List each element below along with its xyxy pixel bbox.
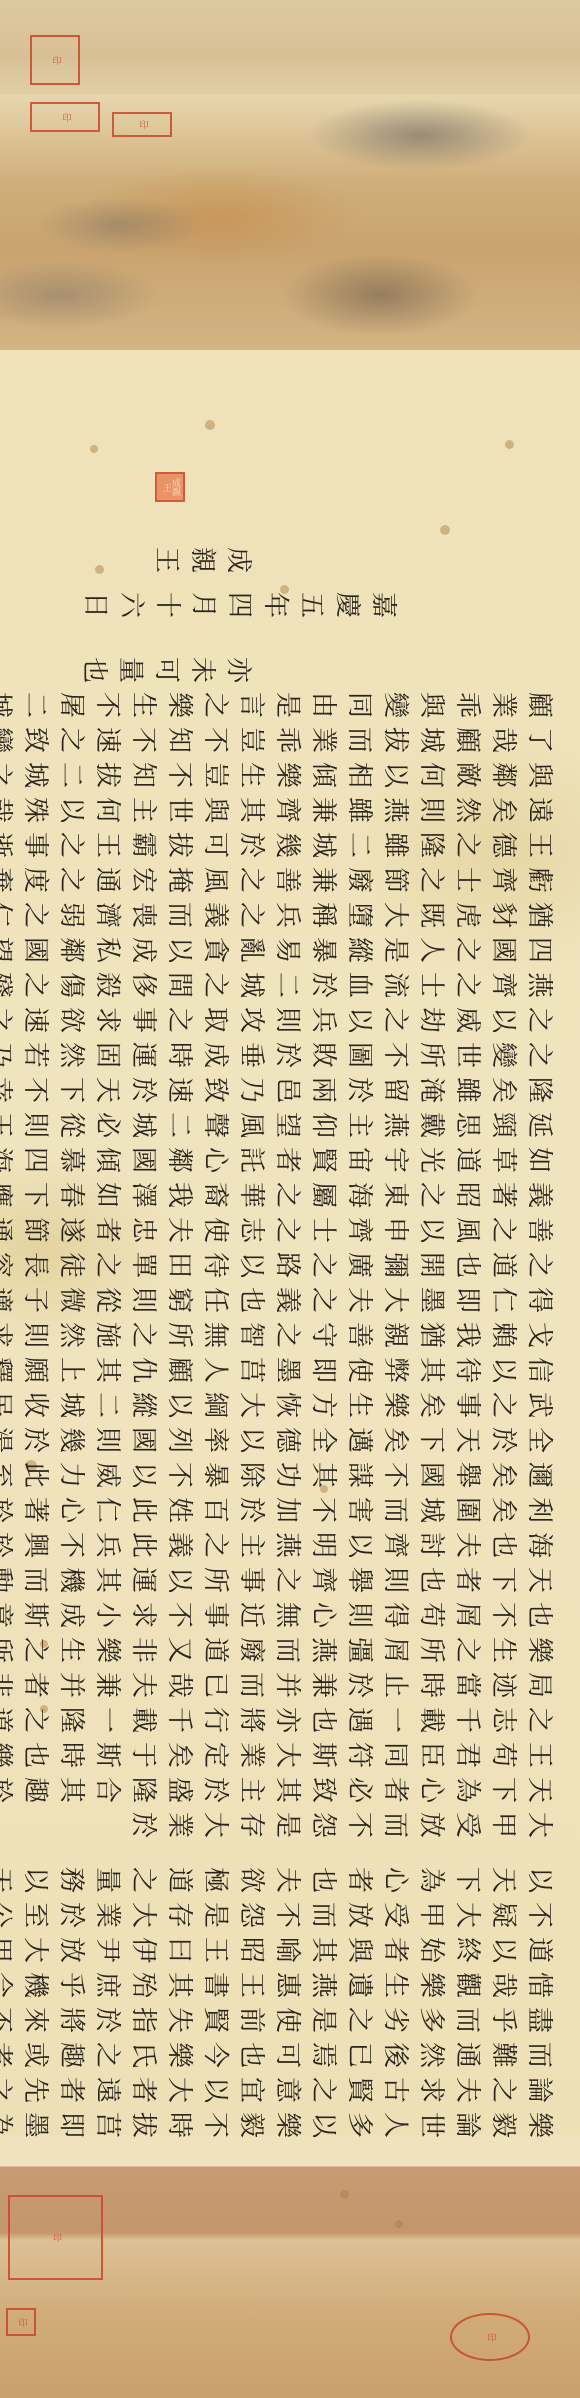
character: 放 — [56, 1933, 86, 1967]
character: 所 — [416, 1038, 446, 1072]
character: 謀 — [344, 1458, 374, 1492]
character: 變 — [488, 1038, 518, 1072]
character: 舉 — [344, 1563, 374, 1597]
character: 一 — [92, 1703, 122, 1737]
character: 二 — [272, 968, 302, 1002]
character: 縱 — [128, 1388, 158, 1422]
character: 以 — [488, 1933, 518, 1967]
character: 下 — [20, 1178, 50, 1212]
character: 主 — [236, 1773, 266, 1807]
calligraphy-column: 樂生之所屑彊燕而廢道又非樂生之所求 — [0, 1635, 556, 1665]
character: 者 — [92, 1213, 122, 1247]
character: 得 — [524, 1283, 554, 1317]
character: 而 — [524, 2038, 554, 2072]
character: 樂 — [272, 758, 302, 792]
character: 以 — [344, 1003, 374, 1037]
character: 然 — [416, 2038, 446, 2072]
character: 國 — [20, 933, 50, 967]
character: 生 — [128, 688, 158, 722]
character: 屠 — [56, 688, 86, 722]
character: 然 — [452, 793, 482, 827]
character: 意 — [0, 1598, 14, 1632]
character: 義 — [200, 898, 230, 932]
calligraphy-column: 盡乎而多劣之是使前賢失指於將來不亦 — [0, 2005, 556, 2035]
character: 適 — [0, 1283, 14, 1317]
character: 大 — [236, 1388, 266, 1422]
character: 事 — [452, 1388, 482, 1422]
character: 量 — [115, 653, 145, 687]
character: 六 — [116, 588, 146, 622]
character: 大 — [380, 1283, 410, 1317]
calligraphy-column: 之以威劫之以兵則攻取之事求欲速之功使 — [0, 1005, 556, 1035]
seal-damaged-rect-1: 印 — [30, 102, 100, 132]
character: 者 — [128, 2073, 158, 2107]
character: 大 — [272, 1738, 302, 1772]
character: 之 — [272, 1178, 302, 1212]
character: 容 — [0, 1248, 14, 1282]
character: 其 — [308, 1458, 338, 1492]
character: 斯 — [92, 1738, 122, 1772]
character: 墨 — [272, 1353, 302, 1387]
calligraphy-column: 道以終始者與其喻昭王曰伊尹放大甲而 — [0, 1935, 556, 1965]
character: 天 — [488, 1863, 518, 1897]
character: 昭 — [452, 1178, 482, 1212]
calligraphy-column: 邇矣舉國不謀其功除暴不以威力此至德 — [0, 1460, 556, 1490]
character: 以 — [236, 1423, 266, 1457]
seal-text: 印 — [17, 2318, 26, 2327]
character: 矣 — [488, 1458, 518, 1492]
character: 討 — [416, 1528, 446, 1562]
character: 由 — [308, 688, 338, 722]
character: 之 — [524, 1703, 554, 1737]
character: 著 — [20, 1493, 50, 1527]
character: 慕 — [56, 1143, 86, 1177]
character: 生 — [344, 1388, 374, 1422]
character: 怨 — [236, 1898, 266, 1932]
foxing-spot — [395, 2220, 403, 2228]
character: 道 — [524, 1933, 554, 1967]
character: 生 — [236, 758, 266, 792]
character: 定 — [200, 1738, 230, 1772]
calligraphy-column: 亦未可量也 — [77, 655, 255, 685]
character: 下 — [488, 1563, 518, 1597]
character: 釋 — [0, 1353, 14, 1387]
character: 百 — [200, 1493, 230, 1527]
character: 於 — [0, 1773, 14, 1807]
character: 侈 — [128, 968, 158, 1002]
character: 逝 — [0, 828, 14, 862]
character: 於 — [92, 2003, 122, 2037]
character: 之 — [20, 968, 50, 1002]
character: 夫 — [128, 1668, 158, 1702]
character: 利 — [524, 1493, 554, 1527]
seal-small-square-bottom: 印 — [6, 2308, 36, 2336]
calligraphy-column: 成親王 — [149, 545, 255, 575]
character: 而 — [380, 1808, 410, 1842]
character: 大 — [200, 1808, 230, 1842]
character: 夫 — [452, 1528, 482, 1562]
character: 時 — [164, 1038, 194, 1072]
character: 戈 — [524, 1318, 554, 1352]
character: 圍 — [452, 1493, 482, 1527]
character: 燕 — [380, 793, 410, 827]
character: 著 — [488, 1178, 518, 1212]
character: 意 — [272, 2073, 302, 2107]
character: 成 — [128, 933, 158, 967]
character: 與 — [344, 1933, 374, 1967]
character: 全 — [308, 1423, 338, 1457]
character: 也 — [308, 1703, 338, 1737]
character: 湯 — [0, 1423, 14, 1457]
character: 至 — [0, 1458, 14, 1492]
character: 者 — [20, 1668, 50, 1702]
character: 貪 — [200, 933, 230, 967]
calligraphy-column: 四國之人是縱暴易亂貪以成私鄰國望之其 — [0, 935, 556, 965]
character: 遠 — [524, 793, 554, 827]
character: 風 — [452, 1213, 482, 1247]
character: 之 — [0, 758, 14, 792]
character: 其 — [92, 1353, 122, 1387]
character: 乖 — [272, 723, 302, 757]
character: 先 — [20, 2073, 50, 2107]
calligraphy-column: 海也夫討齊以明燕主之義此兵不興於為 — [0, 1530, 556, 1560]
character: 不 — [56, 1528, 86, 1562]
character: 將 — [236, 1703, 266, 1737]
character: 窮 — [164, 1283, 194, 1317]
character: 者 — [56, 2073, 86, 2107]
character: 隆 — [524, 1073, 554, 1107]
character: 士 — [452, 863, 482, 897]
character: 城 — [0, 688, 14, 722]
character: 王 — [200, 1933, 230, 1967]
character: 其 — [416, 1353, 446, 1387]
foxing-spot — [440, 525, 450, 535]
character: 於 — [272, 1038, 302, 1072]
character: 生 — [488, 1633, 518, 1667]
character: 喪 — [128, 898, 158, 932]
character: 宜 — [236, 2073, 266, 2107]
character: 非 — [0, 1668, 14, 1702]
character: 觀 — [452, 1968, 482, 2002]
character: 遇 — [344, 1703, 374, 1737]
character: 燕 — [380, 1108, 410, 1142]
character: 者 — [272, 1143, 302, 1177]
character: 月 — [188, 588, 218, 622]
character: 心 — [416, 1773, 446, 1807]
character: 望 — [272, 1108, 302, 1142]
character: 兼 — [308, 863, 338, 897]
character: 忠 — [128, 1213, 158, 1247]
character: 聲 — [200, 1108, 230, 1142]
character: 齊 — [308, 1563, 338, 1597]
character: 我 — [164, 1178, 194, 1212]
character: 私 — [92, 933, 122, 967]
character: 於 — [236, 828, 266, 862]
character: 必 — [344, 1773, 374, 1807]
character: 得 — [380, 1598, 410, 1632]
character: 齊 — [272, 793, 302, 827]
character: 鄰 — [56, 933, 86, 967]
character: 人 — [380, 2108, 410, 2142]
character: 而 — [236, 1668, 266, 1702]
character: 隆 — [56, 1703, 86, 1737]
character: 城 — [236, 968, 266, 1002]
character: 取 — [200, 1003, 230, 1037]
character: 人 — [416, 933, 446, 967]
character: 也 — [79, 653, 109, 687]
character: 託 — [236, 1143, 266, 1177]
character: 之 — [92, 1248, 122, 1282]
calligraphy-column: 戈賴我猶親善守之智無所之施然則求仁 — [0, 1320, 556, 1350]
seal-large-square-bottom: 印 — [8, 2195, 103, 2280]
character: 兼 — [308, 1668, 338, 1702]
character: 夫 — [272, 1863, 302, 1897]
character: 主 — [128, 793, 158, 827]
character: 猶 — [524, 898, 554, 932]
character: 昭 — [236, 1933, 266, 1967]
character: 彌 — [380, 1248, 410, 1282]
character: 二 — [56, 758, 86, 792]
character: 之 — [20, 1633, 50, 1667]
character: 十 — [152, 588, 182, 622]
character: 指 — [128, 2003, 158, 2037]
character: 何 — [92, 793, 122, 827]
character: 善 — [344, 1318, 374, 1352]
character: 于 — [128, 1738, 158, 1772]
character: 莒 — [236, 1353, 266, 1387]
character: 弱 — [56, 898, 86, 932]
character: 戴 — [416, 1108, 446, 1142]
character: 之 — [236, 863, 266, 897]
character: 與 — [416, 688, 446, 722]
character: 二 — [92, 1388, 122, 1422]
character: 無 — [272, 1598, 302, 1632]
character: 之 — [0, 2073, 14, 2107]
character: 是 — [272, 688, 302, 722]
character: 疑 — [488, 1898, 518, 1932]
character: 行 — [200, 1703, 230, 1737]
character: 欲 — [236, 1863, 266, 1897]
character: 使 — [272, 2003, 302, 2037]
character: 五 — [296, 588, 326, 622]
character: 雖 — [344, 793, 374, 827]
character: 書 — [200, 1968, 230, 2002]
character: 心 — [308, 1598, 338, 1632]
character: 甲 — [488, 1808, 518, 1842]
character: 運 — [128, 1038, 158, 1072]
character: 威 — [452, 1003, 482, 1037]
character: 無 — [200, 1318, 230, 1352]
character: 加 — [272, 1493, 302, 1527]
character: 氏 — [128, 2038, 158, 2072]
character: 成 — [56, 1598, 86, 1632]
character: 王 — [92, 828, 122, 862]
calligraphy-column: 大甲受放而不怨是存大業於 — [126, 1810, 556, 1840]
character: 變 — [0, 723, 14, 757]
character: 士 — [308, 1213, 338, 1247]
calligraphy-column: 善之風以申齊士之志使夫忠者遂節通者 — [0, 1215, 556, 1245]
character: 傾 — [92, 1143, 122, 1177]
character: 也 — [416, 1563, 446, 1597]
character: 也 — [236, 1283, 266, 1317]
character: 時 — [416, 1668, 446, 1702]
character: 將 — [56, 2003, 86, 2037]
character: 也 — [20, 1738, 50, 1772]
character: 生 — [380, 1968, 410, 2002]
character: 顧 — [164, 1353, 194, 1387]
character: 夫 — [164, 1213, 194, 1247]
character: 焉 — [308, 2038, 338, 2072]
character: 幾 — [56, 1423, 86, 1457]
character: 兵 — [308, 1003, 338, 1037]
character: 年 — [260, 588, 290, 622]
calligraphy-column: 不疑大甲受放而不怨是存大業於至公而 — [0, 1900, 556, 1930]
character: 者 — [452, 1563, 482, 1597]
character: 事 — [236, 1563, 266, 1597]
character: 下 — [452, 1863, 482, 1897]
character: 善 — [272, 863, 302, 897]
character: 澤 — [128, 1178, 158, 1212]
character: 極 — [200, 1863, 230, 1897]
character: 延 — [524, 1108, 554, 1142]
character: 甲 — [416, 1898, 446, 1932]
calligraphy-column: 局迹當時止於兼并而已哉夫兼并者非 — [0, 1670, 556, 1700]
character: 致 — [20, 723, 50, 757]
character: 則 — [20, 1108, 50, 1142]
character: 之 — [272, 1213, 302, 1247]
character: 受 — [452, 1808, 482, 1842]
character: 敗 — [308, 1038, 338, 1072]
character: 所 — [200, 1563, 230, 1597]
character: 以 — [416, 1213, 446, 1247]
character: 并 — [272, 1668, 302, 1702]
character: 事 — [200, 1598, 230, 1632]
character: 哉 — [488, 723, 518, 757]
character: 莒 — [92, 2108, 122, 2142]
character: 成 — [200, 1038, 230, 1072]
character: 邇 — [524, 1458, 554, 1492]
character: 不 — [20, 1073, 50, 1107]
character: 以 — [20, 1863, 50, 1897]
character: 喻 — [272, 1933, 302, 1967]
character: 於 — [344, 1668, 374, 1702]
character: 廣 — [344, 1248, 374, 1282]
character: 之 — [308, 1248, 338, 1282]
character: 思 — [452, 1108, 482, 1142]
character: 難 — [488, 2038, 518, 2072]
character: 下 — [56, 1073, 86, 1107]
character: 當 — [452, 1668, 482, 1702]
character: 致 — [308, 1773, 338, 1807]
character: 動 — [0, 1563, 14, 1597]
character: 務 — [56, 1863, 86, 1897]
character: 幾 — [272, 828, 302, 862]
character: 功 — [272, 1458, 302, 1492]
character: 古 — [380, 2073, 410, 2107]
character: 載 — [128, 1703, 158, 1737]
character: 隆 — [128, 1773, 158, 1807]
character: 不 — [272, 1898, 302, 1932]
character: 求 — [0, 1318, 14, 1352]
character: 之 — [236, 898, 266, 932]
character: 大 — [20, 1933, 50, 1967]
character: 守 — [308, 1318, 338, 1352]
character: 速 — [20, 1003, 50, 1037]
character: 放 — [344, 1898, 374, 1932]
character: 不 — [92, 688, 122, 722]
character: 國 — [128, 1143, 158, 1177]
character: 殊 — [20, 793, 50, 827]
character: 又 — [164, 1633, 194, 1667]
character: 之 — [128, 1863, 158, 1897]
character: 乃 — [236, 1073, 266, 1107]
character: 收 — [20, 1388, 50, 1422]
character: 之 — [380, 1003, 410, 1037]
character: 之 — [488, 1213, 518, 1247]
character: 海 — [524, 1528, 554, 1562]
character: 是 — [380, 933, 410, 967]
character: 後 — [380, 2038, 410, 2072]
character: 於 — [200, 1773, 230, 1807]
character: 虎 — [452, 898, 482, 932]
character: 隆 — [416, 828, 446, 862]
character: 二 — [344, 828, 374, 862]
character: 與 — [200, 793, 230, 827]
character: 不 — [380, 1038, 410, 1072]
character: 之 — [56, 828, 86, 862]
character: 世 — [452, 1038, 482, 1072]
character: 易 — [272, 933, 302, 967]
character: 之 — [452, 933, 482, 967]
character: 姓 — [164, 1493, 194, 1527]
character: 以 — [200, 2073, 230, 2107]
character: 是 — [308, 2003, 338, 2037]
character: 即 — [452, 1283, 482, 1317]
character: 墮 — [344, 898, 374, 932]
character: 事 — [20, 828, 50, 862]
character: 縱 — [344, 933, 374, 967]
character: 之 — [452, 828, 482, 862]
calligraphy-column: 天下為心者必致其主於盛隆合其趣於先 — [0, 1775, 556, 1805]
character: 而 — [452, 2003, 482, 2037]
character: 節 — [20, 1213, 50, 1247]
character: 豈 — [236, 723, 266, 757]
seal-text: 印 — [61, 113, 70, 122]
character: 小 — [92, 1598, 122, 1632]
character: 合 — [92, 1773, 122, 1807]
character: 志 — [236, 1213, 266, 1247]
character: 庶 — [92, 1968, 122, 2002]
character: 廢 — [236, 1633, 266, 1667]
character: 世 — [416, 2108, 446, 2142]
character: 賢 — [344, 2073, 374, 2107]
character: 世 — [164, 793, 194, 827]
character: 以 — [380, 758, 410, 792]
character: 下 — [416, 1423, 446, 1457]
character: 為 — [452, 1773, 482, 1807]
character: 四 — [20, 1143, 50, 1177]
character: 慶 — [332, 588, 362, 622]
seal-damaged-rect-2: 印 — [112, 112, 172, 137]
character: 者 — [344, 1863, 374, 1897]
character: 以 — [524, 1863, 554, 1897]
character: 幸 — [0, 1073, 14, 1107]
character: 王 — [524, 828, 554, 862]
character: 惠 — [272, 1968, 302, 2002]
calligraphy-column: 猶豺虎既大墮稱兵之義而喪濟弱之仁 — [0, 900, 556, 930]
character: 拔 — [380, 723, 410, 757]
calligraphy-column: 之道也開彌廣之路以待田單之徒長容善 — [0, 1250, 556, 1280]
